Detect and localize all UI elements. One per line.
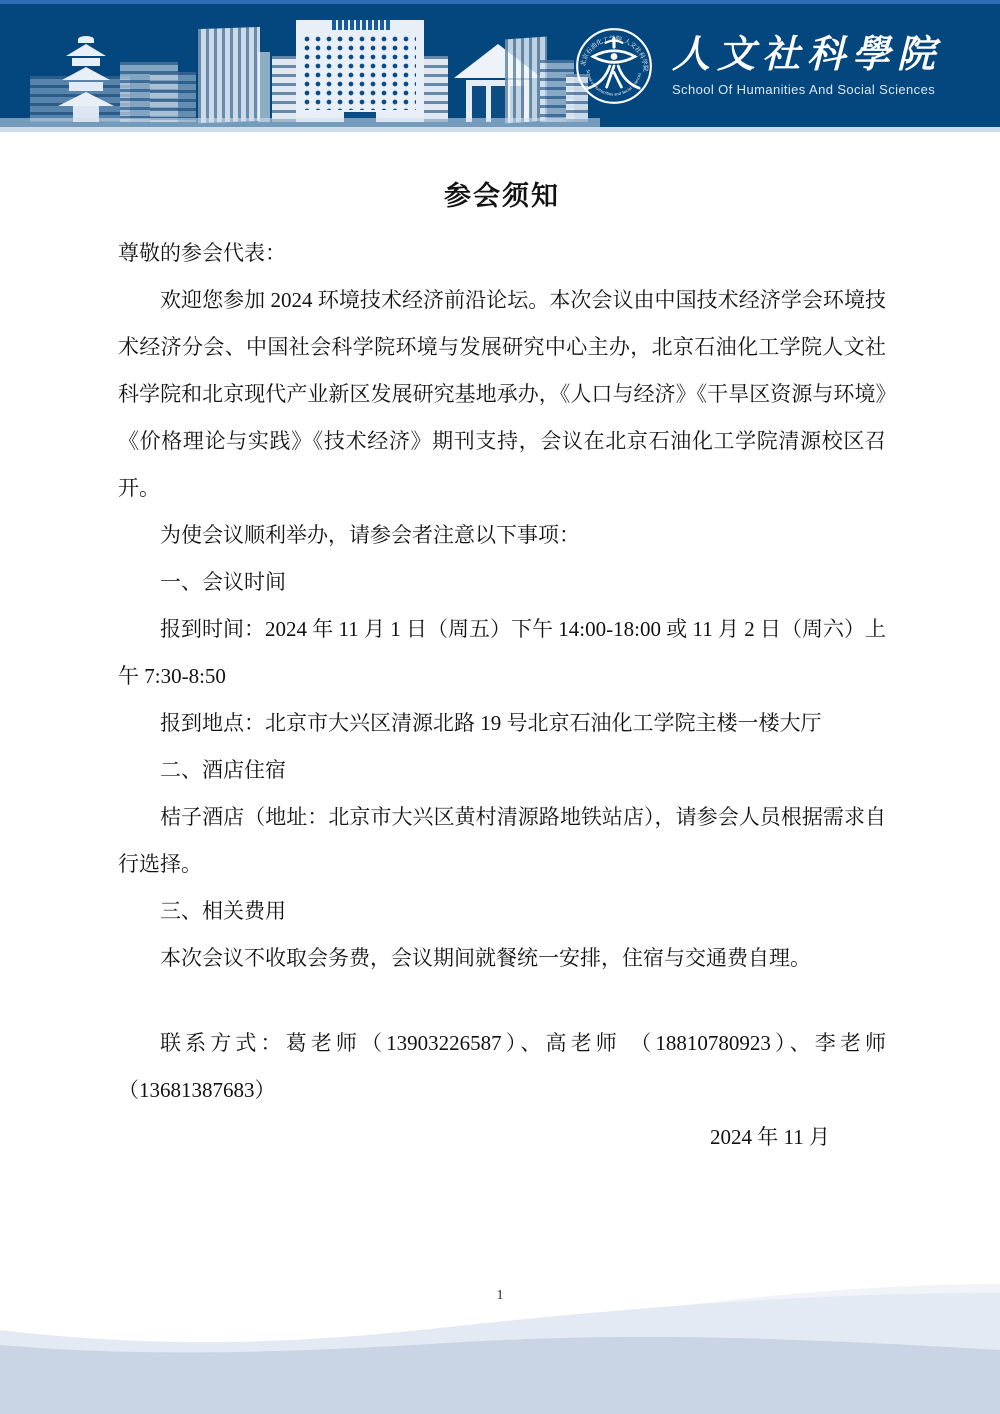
section-heading-meeting-time: 一、会议时间 (118, 559, 886, 606)
paragraph-welcome: 欢迎您参加 2024 环境技术经济前沿论坛。本次会议由中国技术经济学会环境技术经… (118, 277, 886, 512)
paragraph-notice-intro: 为使会议顺利举办，请参会者注意以下事项： (118, 512, 886, 559)
paragraph-contacts: 联系方式：葛老师（13903226587）、高老师 （18810780923）、… (118, 1020, 886, 1114)
paragraph-fees: 本次会议不收取会务费，会议期间就餐统一安排，住宿与交通费自理。 (118, 935, 886, 982)
paragraph-hotel: 桔子酒店（地址：北京市大兴区黄村清源路地铁站店），请参会人员根据需求自行选择。 (118, 794, 886, 888)
section-heading-fees: 三、相关费用 (118, 888, 886, 935)
sign-date: 2024 年 11 月 (118, 1114, 886, 1161)
document-page: 北京石油化工学院 人文社科学院 School of Humanities and… (0, 0, 1000, 1414)
document-body: 参会须知 尊敬的参会代表： 欢迎您参加 2024 环境技术经济前沿论坛。本次会议… (0, 0, 1000, 1161)
section-heading-hotel: 二、酒店住宿 (118, 747, 886, 794)
page-number: 1 (0, 1288, 1000, 1304)
page-title: 参会须知 (118, 176, 886, 216)
salutation: 尊敬的参会代表： (118, 230, 886, 277)
paragraph-checkin-time: 报到时间：2024 年 11 月 1 日（周五）下午 14:00-18:00 或… (118, 606, 886, 700)
paragraph-checkin-location: 报到地点：北京市大兴区清源北路 19 号北京石油化工学院主楼一楼大厅 (118, 700, 886, 747)
